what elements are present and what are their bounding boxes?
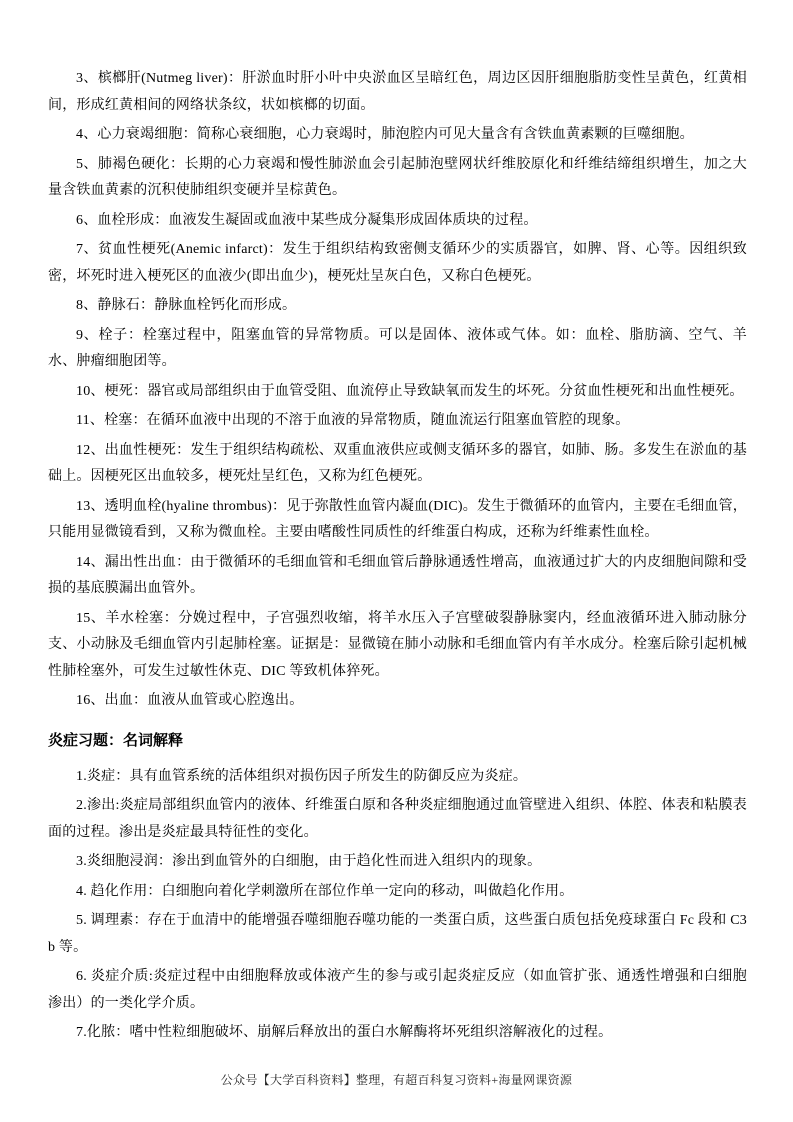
inflammation-item-6: 6. 炎症介质:炎症过程中由细胞释放或体液产生的参与或引起炎症反应（如血管扩张、…: [48, 964, 747, 1017]
term-item-11-embolism: 11、栓塞：在循环血液中出现的不溶于血液的异常物质，随血流运行阻塞血管腔的现象。: [48, 408, 747, 435]
term-item-14-diapedesis-hemorrhage: 14、漏出性出血：由于微循环的毛细血管和毛细血管后静脉通透性增高，血液通过扩大的…: [48, 550, 747, 603]
term-item-6-thrombosis: 6、血栓形成：血液发生凝固或血液中某些成分凝集形成固体质块的过程。: [48, 208, 747, 235]
term-item-15-amniotic-fluid-embolism: 15、羊水栓塞：分娩过程中，子宫强烈收缩，将羊水压入子宫壁破裂静脉窦内，经血液循…: [48, 606, 747, 686]
inflammation-item-4: 4. 趋化作用：白细胞向着化学刺激所在部位作单一定向的移动，叫做趋化作用。: [48, 879, 747, 906]
term-item-10-infarct: 10、梗死：器官或局部组织由于血管受阻、血流停止导致缺氧而发生的坏死。分贫血性梗…: [48, 379, 747, 406]
term-item-7-anemic-infarct: 7、贫血性梗死(Anemic infarct)：发生于组织结构致密侧支循环少的实…: [48, 237, 747, 290]
term-item-9-embolus: 9、栓子：栓塞过程中，阻塞血管的异常物质。可以是固体、液体或气体。如：血栓、脂肪…: [48, 323, 747, 376]
inflammation-item-3: 3.炎细胞浸润：渗出到血管外的白细胞，由于趋化性而进入组织内的现象。: [48, 849, 747, 876]
page-footer: 公众号【大学百科资料】整理，有超百科复习资料+海量网课资源: [0, 1070, 793, 1090]
document-body: 3、槟榔肝(Nutmeg liver)：肝淤血时肝小叶中央淤血区呈暗红色，周边区…: [48, 66, 747, 1050]
term-item-12-hemorrhagic-infarct: 12、出血性梗死：发生于组织结构疏松、双重血液供应或侧支循环多的器官，如肺、肠。…: [48, 438, 747, 491]
term-item-3-nutmeg-liver: 3、槟榔肝(Nutmeg liver)：肝淤血时肝小叶中央淤血区呈暗红色，周边区…: [48, 66, 747, 119]
inflammation-item-2: 2.渗出:炎症局部组织血管内的液体、纤维蛋白原和各种炎症细胞通过血管壁进入组织、…: [48, 793, 747, 846]
section-heading-inflammation: 炎症习题：名词解释: [48, 727, 747, 754]
inflammation-item-7: 7.化脓：嗜中性粒细胞破坏、崩解后释放出的蛋白水解酶将坏死组织溶解液化的过程。: [48, 1020, 747, 1047]
inflammation-item-5: 5. 调理素：存在于血清中的能增强吞噬细胞吞噬功能的一类蛋白质，这些蛋白质包括免…: [48, 908, 747, 961]
term-item-16-hemorrhage: 16、出血：血液从血管或心腔逸出。: [48, 688, 747, 715]
inflammation-item-1: 1.炎症：具有血管系统的活体组织对损伤因子所发生的防御反应为炎症。: [48, 764, 747, 791]
term-item-8-phlebolith: 8、静脉石：静脉血栓钙化而形成。: [48, 293, 747, 320]
term-item-5-brown-induration: 5、肺褐色硬化：长期的心力衰竭和慢性肺淤血会引起肺泡壁网状纤维胶原化和纤维结缔组…: [48, 152, 747, 205]
document-page: 3、槟榔肝(Nutmeg liver)：肝淤血时肝小叶中央淤血区呈暗红色，周边区…: [0, 0, 793, 1122]
term-item-13-hyaline-thrombus: 13、透明血栓(hyaline thrombus)：见于弥散性血管内凝血(DIC…: [48, 494, 747, 547]
term-item-4-heart-failure-cells: 4、心力衰竭细胞：简称心衰细胞，心力衰竭时，肺泡腔内可见大量含有含铁血黄素颗的巨…: [48, 122, 747, 149]
